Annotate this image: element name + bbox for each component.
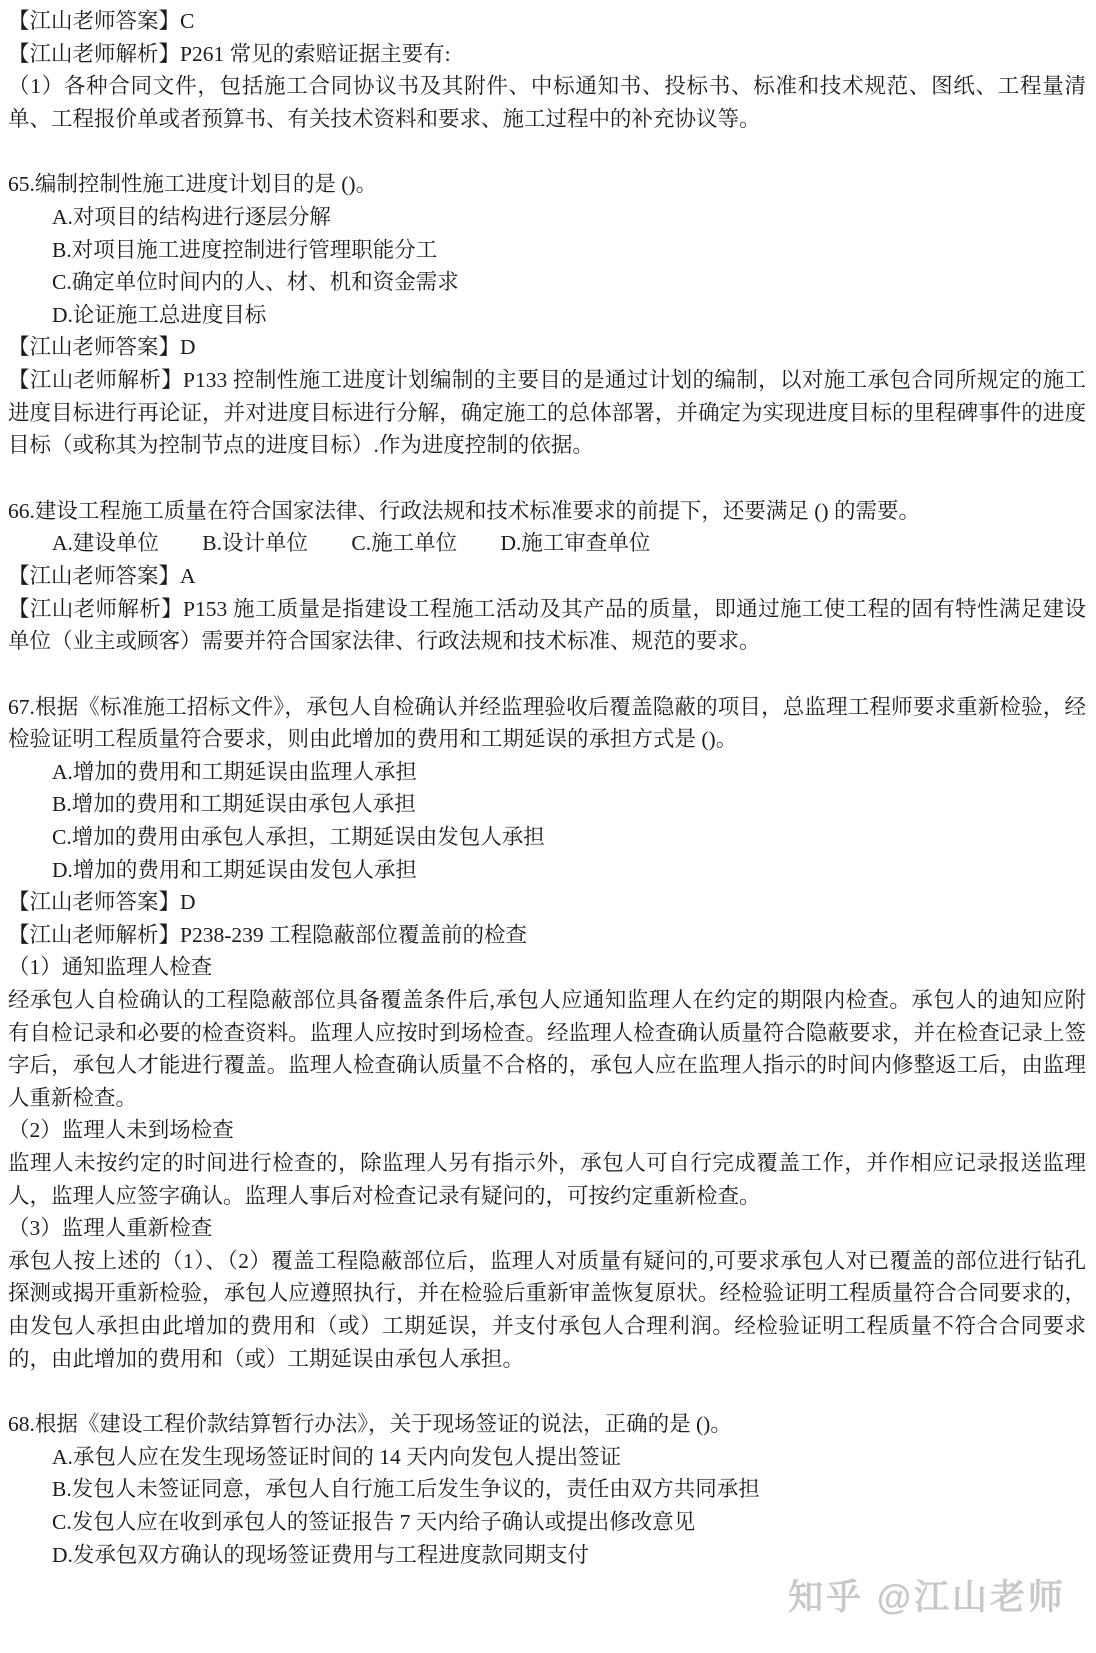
exam-document-page: 【江山老师答案】C 【江山老师解析】P261 常见的索赔证据主要有: （1）各种… xyxy=(0,0,1096,1653)
option-b: B.发包人未签证同意，承包人自行施工后发生争议的，责任由双方共同承担 xyxy=(8,1473,1086,1506)
analysis-section-heading: （1）通知监理人检查 xyxy=(8,951,1086,984)
option-a: A.对项目的结构进行逐层分解 xyxy=(8,201,1086,234)
zhihu-author-watermark: 知乎 @江山老师 xyxy=(788,1582,1066,1615)
option-c: C.发包人应在收到承包人的签证报告 7 天内给子确认或提出修改意见 xyxy=(8,1506,1086,1539)
question-stem: 67.根据《标准施工招标文件》，承包人自检确认并经监理验收后覆盖隐蔽的项目，总监… xyxy=(8,691,1086,756)
question-stem: 68.根据《建设工程价款结算暂行办法》，关于现场签证的说法，正确的是 ()。 xyxy=(8,1408,1086,1441)
analysis-section-body: 监理人未按约定的时间进行检查的，除监理人另有指示外，承包人可自行完成覆盖工作，并… xyxy=(8,1147,1086,1212)
question-65-block: 65.编制控制性施工进度计划目的是 ()。 A.对项目的结构进行逐层分解 B.对… xyxy=(8,168,1086,461)
teacher-answer-line: 【江山老师答案】D xyxy=(8,331,1086,364)
question-stem: 66.建设工程施工质量在符合国家法律、行政法规和技术标准要求的前提下，还要满足 … xyxy=(8,495,1086,528)
question-68-block: 68.根据《建设工程价款结算暂行办法》，关于现场签证的说法，正确的是 ()。 A… xyxy=(8,1408,1086,1571)
teacher-answer-line: 【江山老师答案】D xyxy=(8,886,1086,919)
analysis-section-body: 经承包人自检确认的工程隐蔽部位具备覆盖条件后,承包人应通知监理人在约定的期限内检… xyxy=(8,984,1086,1114)
question-67-block: 67.根据《标准施工招标文件》，承包人自检确认并经监理验收后覆盖隐蔽的项目，总监… xyxy=(8,691,1086,1375)
option-a: A.建设单位 xyxy=(52,531,159,555)
option-d: D.发承包双方确认的现场签证费用与工程进度款同期支付 xyxy=(8,1539,1086,1572)
analysis-section-heading: （2）监理人未到场检查 xyxy=(8,1114,1086,1147)
analysis-list-item: （1）各种合同文件，包括施工合同协议书及其附件、中标通知书、投标书、标准和技术规… xyxy=(8,70,1086,135)
option-c: C.施工单位 xyxy=(351,531,457,555)
teacher-answer-line: 【江山老师答案】A xyxy=(8,560,1086,593)
teacher-analysis-line: 【江山老师解析】P153 施工质量是指建设工程施工活动及其产品的质量，即通过施工… xyxy=(8,593,1086,658)
option-b: B.增加的费用和工期延误由承包人承担 xyxy=(8,788,1086,821)
question-stem: 65.编制控制性施工进度计划目的是 ()。 xyxy=(8,168,1086,201)
option-d: D.施工审查单位 xyxy=(500,531,650,555)
teacher-answer-line: 【江山老师答案】C xyxy=(8,5,1086,38)
analysis-section-heading: （3）监理人重新检查 xyxy=(8,1212,1086,1245)
option-b: B.对项目施工进度控制进行管理职能分工 xyxy=(8,234,1086,267)
teacher-analysis-line: 【江山老师解析】P261 常见的索赔证据主要有: xyxy=(8,38,1086,71)
options-inline-row: A.建设单位 B.设计单位 C.施工单位 D.施工审查单位 xyxy=(8,527,1086,560)
prev-question-block: 【江山老师答案】C 【江山老师解析】P261 常见的索赔证据主要有: （1）各种… xyxy=(8,5,1086,135)
option-d: D.增加的费用和工期延误由发包人承担 xyxy=(8,854,1086,887)
option-c: C.确定单位时间内的人、材、机和资金需求 xyxy=(8,266,1086,299)
question-66-block: 66.建设工程施工质量在符合国家法律、行政法规和技术标准要求的前提下，还要满足 … xyxy=(8,495,1086,658)
option-a: A.增加的费用和工期延误由监理人承担 xyxy=(8,756,1086,789)
teacher-analysis-title: 【江山老师解析】P238-239 工程隐蔽部位覆盖前的检查 xyxy=(8,919,1086,952)
option-c: C.增加的费用由承包人承担，工期延误由发包人承担 xyxy=(8,821,1086,854)
teacher-analysis-line: 【江山老师解析】P133 控制性施工进度计划编制的主要目的是通过计划的编制，以对… xyxy=(8,364,1086,462)
option-d: D.论证施工总进度目标 xyxy=(8,299,1086,332)
option-a: A.承包人应在发生现场签证时间的 14 天内向发包人提出签证 xyxy=(8,1441,1086,1474)
option-b: B.设计单位 xyxy=(202,531,308,555)
analysis-section-body: 承包人按上述的（1）、（2）覆盖工程隐蔽部位后，监理人对质量有疑问的,可要求承包… xyxy=(8,1245,1086,1375)
